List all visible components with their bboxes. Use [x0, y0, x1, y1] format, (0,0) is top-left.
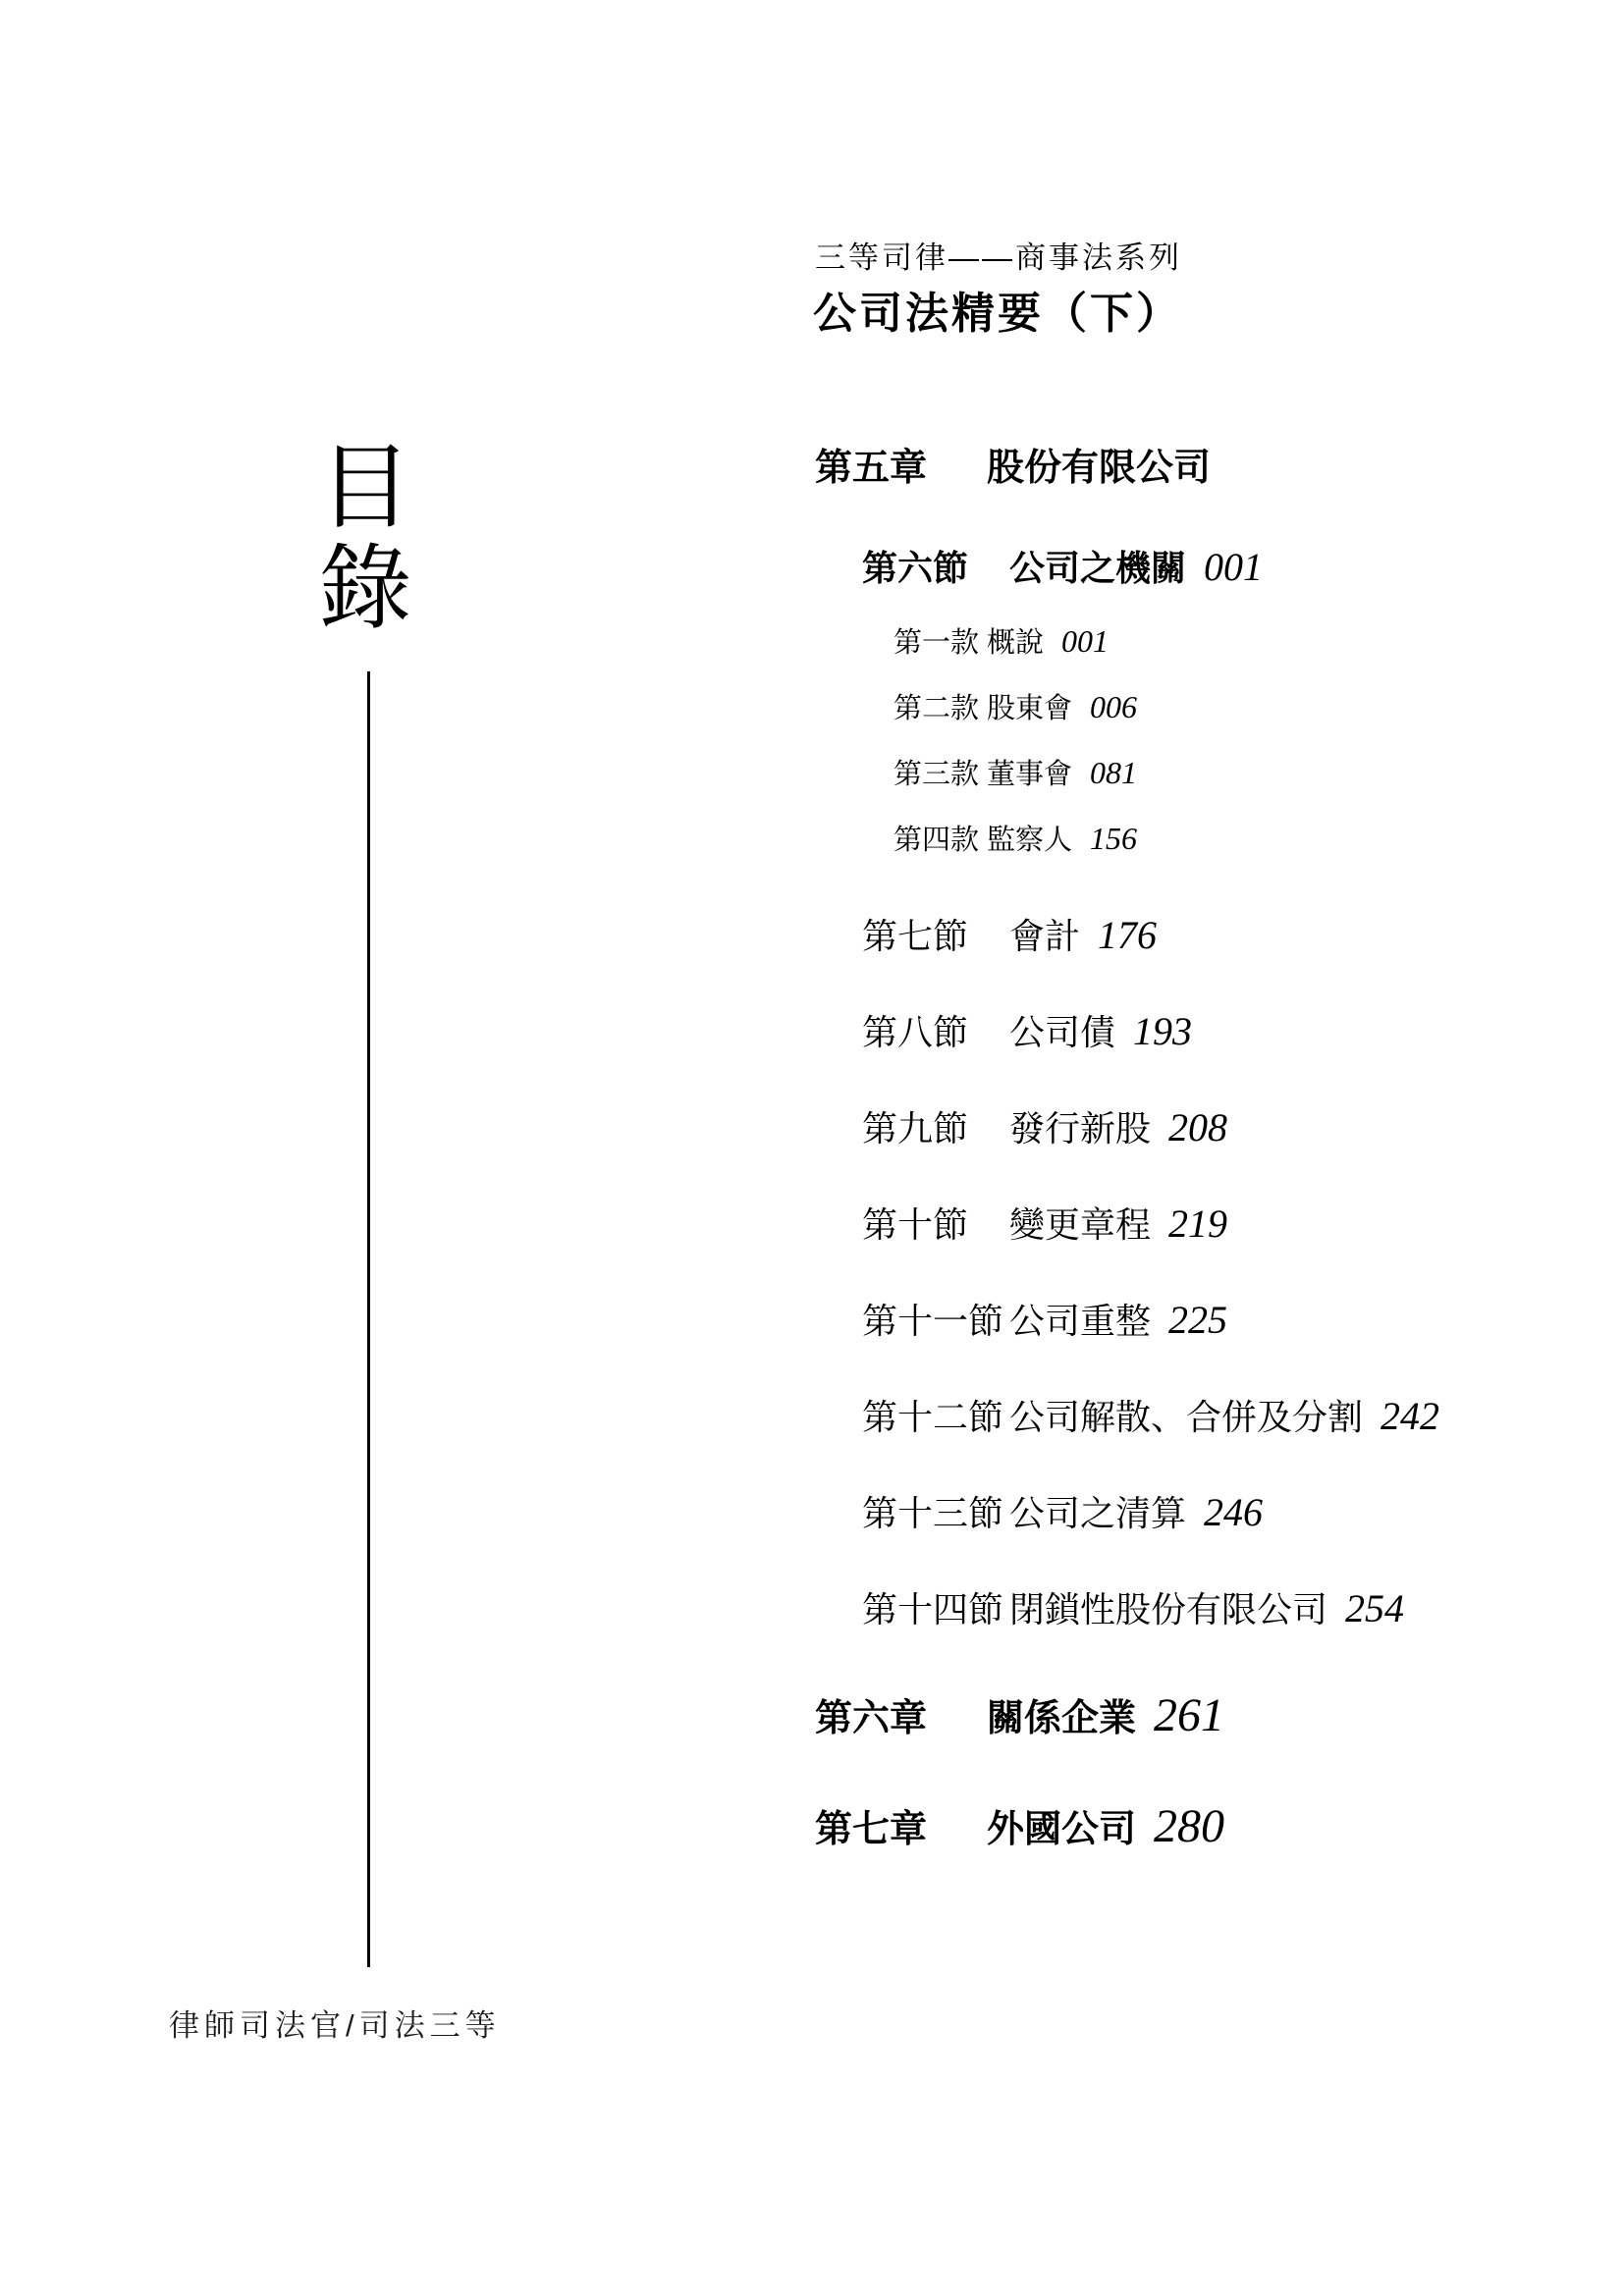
entry-title: 發行新股 [1009, 1107, 1151, 1150]
entry-page-number: 176 [1098, 914, 1157, 957]
toc-entry: 第十節 變更章程 219 [815, 1202, 1581, 1247]
entry-page-number: 156 [1090, 820, 1137, 857]
entry-page-number: 081 [1090, 754, 1137, 791]
entry-title: 公司之機關 [1009, 547, 1186, 590]
entry-title: 董事會 [987, 756, 1072, 793]
toc-entry: 第五章 股份有限公司 [815, 445, 1581, 492]
entry-label: 第十三節 [862, 1492, 1009, 1535]
entry-title: 概說 [987, 624, 1044, 662]
entry-label: 第五章 [815, 445, 987, 492]
entry-label: 第三款 [893, 756, 987, 793]
entry-label: 第七節 [862, 915, 1009, 958]
entry-title: 外國公司 [987, 1806, 1136, 1853]
toc-entry: 第十四節 閉鎖性股份有限公司 254 [815, 1587, 1581, 1631]
series-title: 三等司律——商事法系列 [815, 233, 1182, 277]
toc-entries: 第五章 股份有限公司 第六節 公司之機關 001 第一款 概說 001 第二款 … [815, 445, 1581, 1853]
entry-title: 公司解散、合併及分割 [1009, 1396, 1363, 1439]
entry-label: 第六節 [862, 547, 1009, 590]
toc-entry: 第三款 董事會 081 [815, 754, 1581, 793]
toc-entry: 第二款 股東會 006 [815, 688, 1581, 727]
entry-title: 關係企業 [987, 1695, 1136, 1742]
entry-page-number: 242 [1380, 1395, 1439, 1438]
entry-page-number: 246 [1204, 1491, 1263, 1534]
entry-page-number: 219 [1168, 1202, 1227, 1246]
entry-page-number: 006 [1090, 688, 1137, 725]
entry-label: 第十節 [862, 1203, 1009, 1247]
toc-entry: 第十一節 公司重整 225 [815, 1299, 1581, 1343]
toc-entry: 第七節 會計 176 [815, 914, 1581, 958]
toc-entry: 第六章 關係企業 261 [815, 1692, 1581, 1742]
entry-label: 第八節 [862, 1011, 1009, 1054]
entry-title: 股份有限公司 [987, 445, 1211, 492]
entry-page-number: 193 [1133, 1010, 1192, 1053]
entry-page-number: 225 [1168, 1299, 1227, 1342]
entry-title: 會計 [1009, 915, 1080, 958]
entry-title: 變更章程 [1009, 1203, 1151, 1247]
entry-label: 第四款 [893, 822, 987, 859]
entry-page-number: 254 [1345, 1587, 1404, 1630]
entry-label: 第十一節 [862, 1300, 1009, 1343]
entry-label: 第一款 [893, 624, 987, 662]
toc-entry: 第十三節 公司之清算 246 [815, 1491, 1581, 1535]
entry-title: 監察人 [987, 822, 1072, 859]
entry-title: 公司重整 [1009, 1300, 1151, 1343]
entry-title: 閉鎖性股份有限公司 [1009, 1588, 1327, 1631]
entry-label: 第十二節 [862, 1396, 1009, 1439]
toc-entry: 第六節 公司之機關 001 [815, 546, 1581, 590]
entry-page-number: 280 [1154, 1803, 1224, 1850]
entry-title: 公司債 [1009, 1011, 1115, 1054]
vertical-rule [367, 671, 370, 1967]
entry-label: 第六章 [815, 1695, 987, 1742]
toc-heading-char-1: 目 [316, 438, 414, 539]
entry-page-number: 208 [1168, 1106, 1227, 1149]
entry-label: 第九節 [862, 1107, 1009, 1150]
toc-entry: 第七章 外國公司 280 [815, 1803, 1581, 1853]
toc-entry: 第九節 發行新股 208 [815, 1106, 1581, 1150]
toc-heading: 目 錄 [316, 438, 414, 640]
book-title: 公司法精要（下） [813, 278, 1182, 341]
toc-heading-char-2: 錄 [316, 539, 414, 640]
entry-page-number: 001 [1061, 622, 1109, 660]
book-toc-page: 三等司律——商事法系列 公司法精要（下） 目 錄 第五章 股份有限公司 第六節 … [0, 0, 1624, 2296]
entry-page-number: 001 [1204, 546, 1263, 589]
entry-label: 第十四節 [862, 1588, 1009, 1631]
entry-label: 第二款 [893, 690, 987, 727]
entry-title: 股東會 [987, 690, 1072, 727]
entry-title: 公司之清算 [1009, 1492, 1186, 1535]
footer-series-label: 律師司法官/司法三等 [169, 2001, 501, 2045]
entry-label: 第七章 [815, 1806, 987, 1853]
entry-page-number: 261 [1154, 1692, 1224, 1739]
toc-entry: 第一款 概說 001 [815, 622, 1581, 662]
toc-entry: 第四款 監察人 156 [815, 820, 1581, 859]
toc-entry: 第八節 公司債 193 [815, 1010, 1581, 1054]
toc-entry: 第十二節 公司解散、合併及分割 242 [815, 1395, 1581, 1439]
